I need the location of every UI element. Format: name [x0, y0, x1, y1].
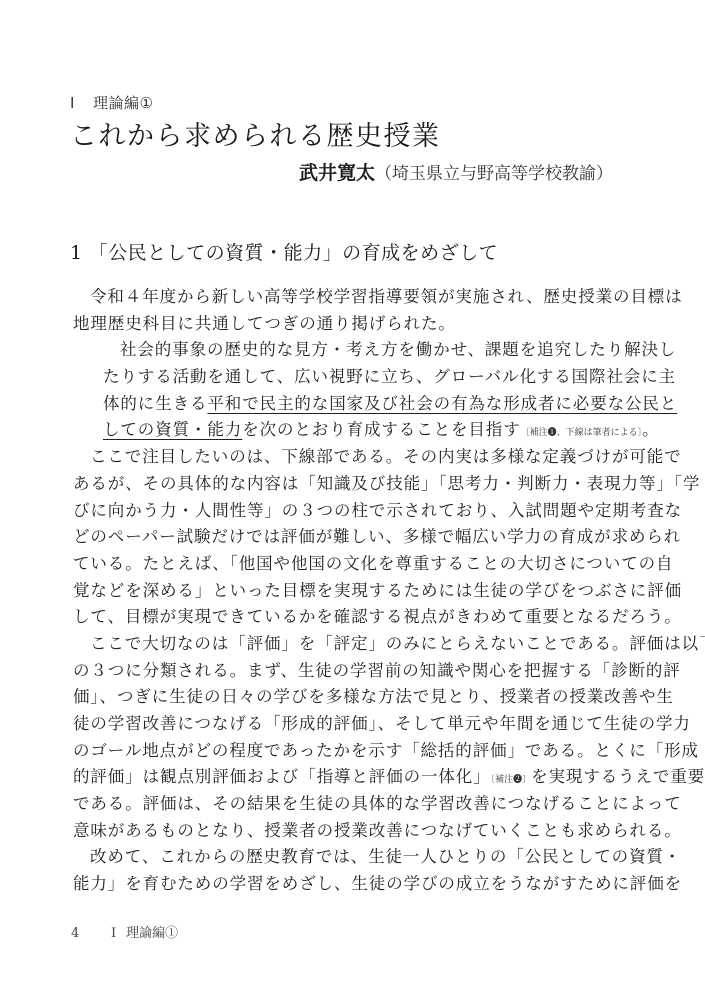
quote-text: 。: [642, 420, 659, 439]
chapter-label: Ⅰ理論編①: [70, 92, 153, 113]
quote-line: しての資質・能力を次のとおり育成することを目指す〔補注❶、下線は筆者による〕。: [73, 417, 618, 444]
quote-text: を次のとおり育成することを目指す: [242, 420, 520, 439]
paragraph-line: 的評価」は観点別評価および「指導と評価の一体化」〔補注❷〕を実現するうえで重要: [73, 764, 618, 791]
paragraph-line: 能力」を育むための学習をめざし、生徒の学びの成立をうながすために評価を: [73, 871, 618, 898]
paragraph-line: ここで注目したいのは、下線部である。その内実は多様な定義づけが可能で: [73, 444, 618, 471]
footer-chapter-roman: Ⅰ: [111, 926, 116, 941]
paragraph-text: 的評価」は観点別評価および「指導と評価の一体化」: [73, 767, 491, 786]
paragraph-line: のゴール地点がどの程度であったかを示す「総括的評価」である。とくに「形成: [73, 738, 618, 765]
document-page: Ⅰ理論編① これから求められる歴史授業 武井寛太（埼玉県立与野高等学校教諭） 1…: [0, 0, 705, 1000]
section-title: 「公民としての資質・能力」の育成をめざして: [89, 242, 499, 264]
paragraph-line: ている。たとえば、「他国や他国の文化を尊重することの大切さについての自: [73, 551, 618, 578]
paragraph-line: 意味があるものとなり、授業者の授業改善につなげていくことも求められる。: [73, 818, 618, 845]
author-affiliation: （埼玉県立与野高等学校教諭）: [375, 164, 613, 184]
author-line: 武井寛太（埼玉県立与野高等学校教諭）: [299, 158, 613, 185]
paragraph-line: 地理歴史科目に共通してつぎの通り掲げられた。: [73, 311, 618, 338]
section-number: 1: [70, 242, 83, 264]
paragraph-line: どのペーパー試験だけでは評価が難しい、多様で幅広い学力の育成が求められ: [73, 524, 618, 551]
paragraph-line: 価」、つぎに生徒の日々の学びを多様な方法で見とり、授業者の授業改善や生: [73, 684, 618, 711]
page-title: これから求められる歴史授業: [70, 114, 441, 153]
paragraph-line: である。評価は、その結果を生徒の具体的な学習改善につなげることによって: [73, 791, 618, 818]
quote-text: 体的に生きる: [103, 394, 207, 413]
paragraph-line: 覚などを深める」といった目標を実現するためには生徒の学びをつぶさに評価: [73, 578, 618, 605]
page-number: 4: [71, 926, 111, 941]
paragraph-line: の３つに分類される。まず、生徒の学習前の知識や関心を把握する「診断的評: [73, 658, 618, 685]
paragraph-line: 改めて、これからの歴史教育では、生徒一人ひとりの「公民としての資質・: [73, 844, 618, 871]
quote-line: たりする活動を通して、広い視野に立ち、グローバル化する国際社会に主: [73, 364, 618, 391]
paragraph-line: あるが、その具体的な内容は「知識及び技能」「思考力・判断力・表現力等」「学: [73, 471, 618, 498]
paragraph-line: ここで大切なのは「評価」を「評定」のみにとらえないことである。評価は以下: [73, 631, 618, 658]
body-text: 令和４年度から新しい高等学校学習指導要領が実施され、歴史授業の目標は 地理歴史科…: [73, 284, 618, 898]
underlined-text: 平和で民主的な国家及び社会の有為な形成者に必要な公民と: [207, 394, 677, 413]
quote-line: 社会的事象の歴史的な見方・考え方を働かせ、課題を追究したり解決し: [73, 337, 618, 364]
author-name: 武井寛太: [299, 162, 375, 184]
page-footer: 4Ⅰ理論編①: [71, 922, 178, 941]
paragraph-text: を実現するうえで重要: [531, 767, 705, 786]
chapter-name: 理論編①: [93, 94, 153, 112]
footer-chapter-label: 理論編①: [126, 926, 178, 941]
footnote-ref: 〔補注❶、下線は筆者による〕: [521, 428, 643, 438]
paragraph-line: 徒の学習改善につなげる「形成的評価」、そして単元や年間を通じて生徒の学力: [73, 711, 618, 738]
footnote-ref: 〔補注❷〕: [491, 775, 532, 785]
paragraph-line: して、目標が実現できているかを確認する視点がきわめて重要となるだろう。: [73, 604, 618, 631]
paragraph-line: びに向かう力・人間性等」の３つの柱で示されており、入試問題や定期考査な: [73, 498, 618, 525]
underlined-text: しての資質・能力: [103, 420, 242, 439]
paragraph-line: 令和４年度から新しい高等学校学習指導要領が実施され、歴史授業の目標は: [73, 284, 618, 311]
section-heading: 1「公民としての資質・能力」の育成をめざして: [70, 238, 498, 265]
chapter-roman: Ⅰ: [70, 94, 75, 112]
quote-line: 体的に生きる平和で民主的な国家及び社会の有為な形成者に必要な公民と: [73, 391, 618, 418]
